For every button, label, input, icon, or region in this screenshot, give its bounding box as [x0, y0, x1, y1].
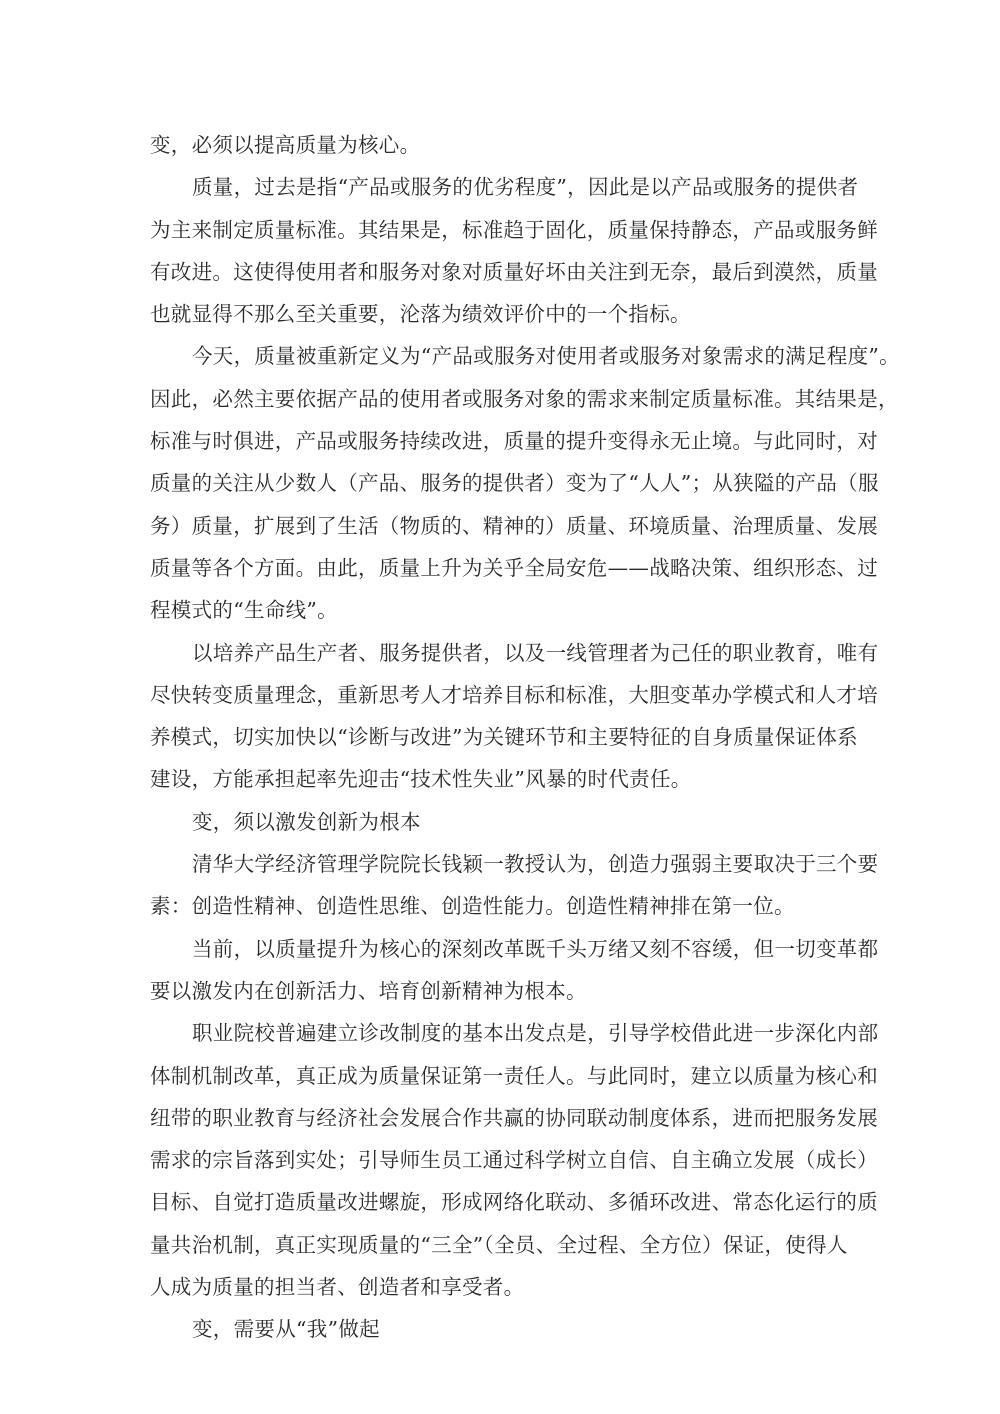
text-line: 变，必须以提高质量为核心。: [150, 124, 862, 166]
text-line: 质量的关注从少数人（产品、服务的提供者）变为了“人人”；从狭隘的产品（服: [150, 462, 862, 504]
text-line: 人成为质量的担当者、创造者和享受者。: [150, 1266, 862, 1308]
paragraph-start-line: 以培养产品生产者、服务提供者，以及一线管理者为己任的职业教育，唯有: [150, 632, 862, 674]
text-line: 素：创造性精神、创造性思维、创造性能力。创造性精神排在第一位。: [150, 885, 862, 927]
text-line: 尽快转变质量理念，重新思考人才培养目标和标准，大胆变革办学模式和人才培: [150, 674, 862, 716]
text-line: 因此，必然主要依据产品的使用者或服务对象的需求来制定质量标准。其结果是，: [150, 378, 862, 420]
section-heading: 变，须以激发创新为根本: [150, 801, 862, 843]
paragraph-start-line: 职业院校普遍建立诊改制度的基本出发点是，引导学校借此进一步深化内部: [150, 1012, 862, 1054]
text-line: 要以激发内在创新活力、培育创新精神为根本。: [150, 970, 862, 1012]
paragraph-start-line: 今天，质量被重新定义为“产品或服务对使用者或服务对象需求的满足程度”。: [150, 335, 862, 377]
text-line: 质量等各个方面。由此，质量上升为关乎全局安危——战略决策、组织形态、过: [150, 547, 862, 589]
text-line: 量共治机制，真正实现质量的“三全”（全员、全过程、全方位）保证，使得人: [150, 1224, 862, 1266]
section-heading: 变，需要从“我”做起: [150, 1308, 862, 1350]
text-line: 养模式，切实加快以“诊断与改进”为关键环节和主要特征的自身质量保证体系: [150, 716, 862, 758]
text-line: 务）质量，扩展到了生活（物质的、精神的）质量、环境质量、治理质量、发展: [150, 505, 862, 547]
text-line: 纽带的职业教育与经济社会发展合作共赢的协同联动制度体系，进而把服务发展: [150, 1097, 862, 1139]
text-line: 有改进。这使得使用者和服务对象对质量好坏由关注到无奈，最后到漠然，质量: [150, 251, 862, 293]
paragraph-start-line: 质量，过去是指“产品或服务的优劣程度”，因此是以产品或服务的提供者: [150, 166, 862, 208]
text-line: 建设，方能承担起率先迎击“技术性失业”风暴的时代责任。: [150, 758, 862, 800]
text-line: 为主来制定质量标准。其结果是，标准趋于固化，质量保持静态，产品或服务鲜: [150, 209, 862, 251]
paragraph-start-line: 当前，以质量提升为核心的深刻改革既千头万绪又刻不容缓，但一切变革都: [150, 928, 862, 970]
text-line: 标准与时俱进，产品或服务持续改进，质量的提升变得永无止境。与此同时，对: [150, 420, 862, 462]
paragraph-start-line: 清华大学经济管理学院院长钱颖一教授认为，创造力强弱主要取决于三个要: [150, 843, 862, 885]
text-line: 也就显得不那么至关重要，沦落为绩效评价中的一个指标。: [150, 293, 862, 335]
text-line: 程模式的“生命线”。: [150, 589, 862, 631]
text-line: 体制机制改革，真正成为质量保证第一责任人。与此同时，建立以质量为核心和: [150, 1055, 862, 1097]
text-line: 目标、自觉打造质量改进螺旋，形成网络化联动、多循环改进、常态化运行的质: [150, 1181, 862, 1223]
document-page: 变，必须以提高质量为核心。 质量，过去是指“产品或服务的优劣程度”，因此是以产品…: [150, 124, 862, 1351]
text-line: 需求的宗旨落到实处；引导师生员工通过科学树立自信、自主确立发展（成长）: [150, 1139, 862, 1181]
